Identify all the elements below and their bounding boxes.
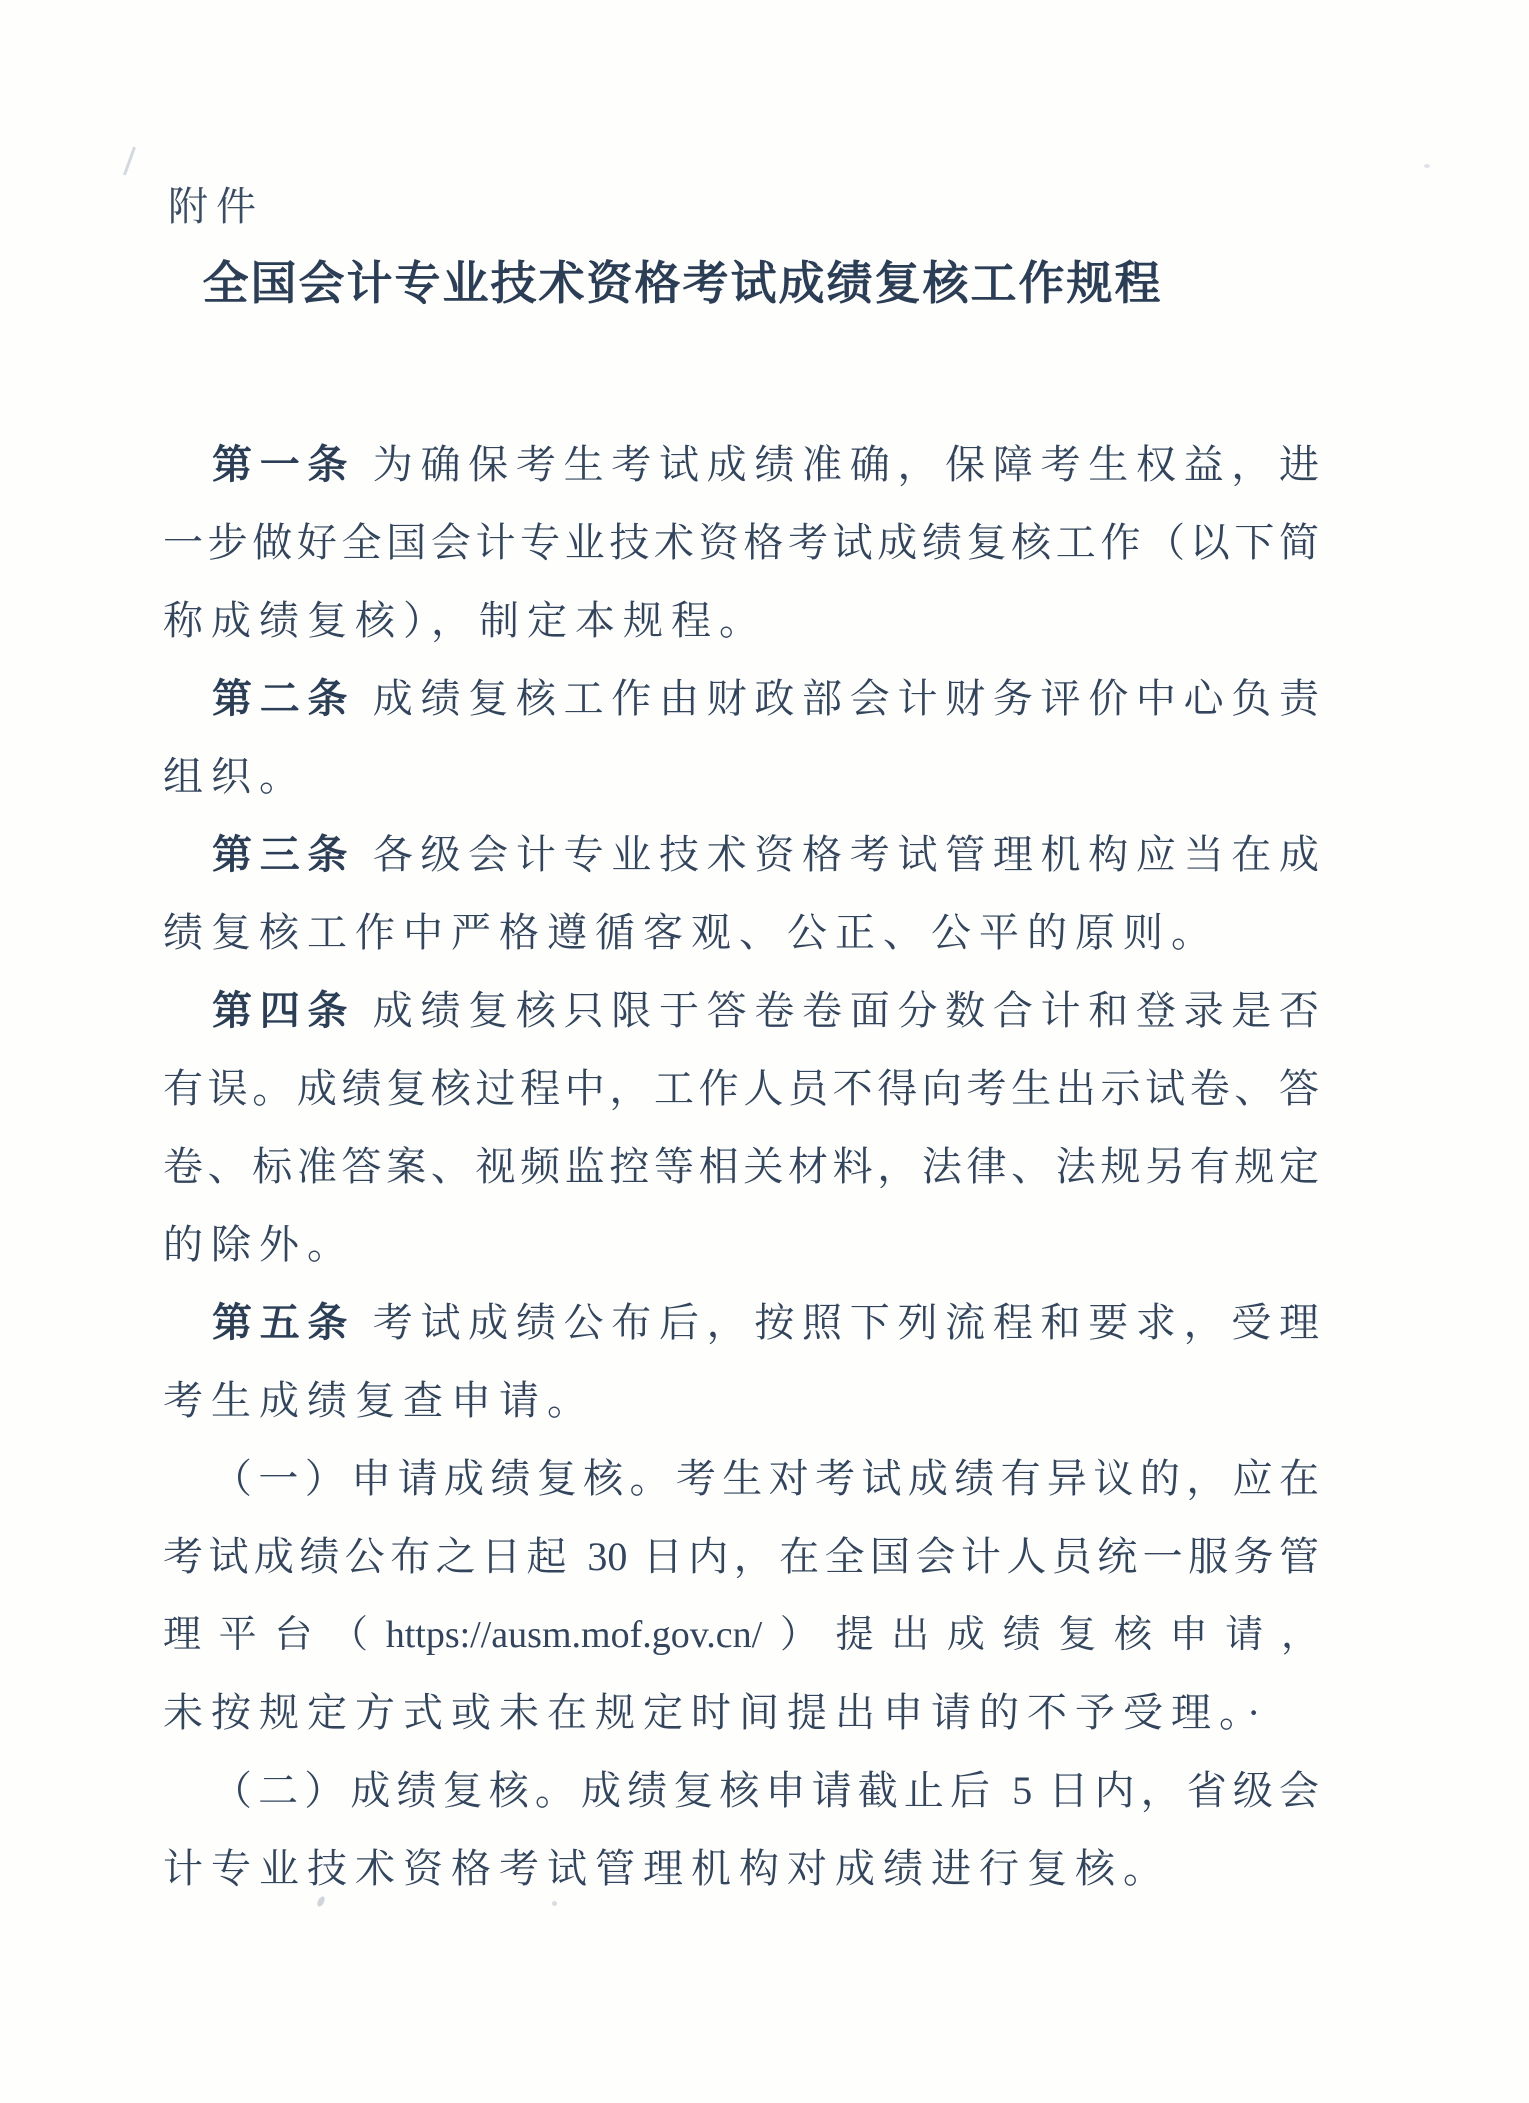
doc-line: 第五条 考试成绩公布后，按照下列流程和要求，受理 <box>163 1284 1319 1362</box>
doc-line: 卷、标准答案、视频监控等相关材料，法律、法规另有规定 <box>163 1128 1319 1206</box>
doc-line-text: 计专业技术资格考试管理机构对成绩进行复核。 <box>163 1846 1171 1891</box>
doc-line: 计专业技术资格考试管理机构对成绩进行复核。 <box>163 1830 1319 1908</box>
scan-artifact-speck <box>1424 164 1430 168</box>
doc-line-text: 考试成绩公布之日起 30 日内，在全国会计人员统一服务管 <box>163 1534 1319 1579</box>
scanned-document-page: 附件 全国会计专业技术资格考试成绩复核工作规程 第一条 为确保考生考试成绩准确，… <box>0 0 1529 2103</box>
doc-line: 第三条 各级会计专业技术资格考试管理机构应当在成 <box>163 816 1319 894</box>
attachment-label: 附件 <box>168 184 264 230</box>
doc-line-text: 卷、标准答案、视频监控等相关材料，法律、法规另有规定 <box>163 1144 1319 1189</box>
doc-line: 第一条 为确保考生考试成绩准确，保障考生权益，进 <box>163 426 1319 504</box>
doc-line: 称成绩复核），制定本规程。 <box>163 582 1319 660</box>
doc-line: 绩复核工作中严格遵循客观、公正、公平的原则。 <box>163 894 1319 972</box>
doc-line-text: 一步做好全国会计专业技术资格考试成绩复核工作（以下简 <box>163 520 1319 565</box>
doc-line: 有误。成绩复核过程中，工作人员不得向考生出示试卷、答 <box>163 1050 1319 1128</box>
article-number: 第五条 <box>212 1301 355 1345</box>
doc-line: 的除外。 <box>163 1206 1319 1284</box>
doc-line-text: 未按规定方式或未在规定时间提出申请的不予受理。· <box>163 1690 1268 1735</box>
doc-line-text: 理平台（https://ausm.mof.gov.cn/）提出成绩复核申请， <box>163 1614 1319 1656</box>
doc-line: 理平台（https://ausm.mof.gov.cn/）提出成绩复核申请， <box>163 1596 1319 1674</box>
doc-line-text: 成绩复核只限于答卷卷面分数合计和登录是否 <box>355 988 1319 1033</box>
document-title: 全国会计专业技术资格考试成绩复核工作规程 <box>175 252 1190 316</box>
doc-line: 考试成绩公布之日起 30 日内，在全国会计人员统一服务管 <box>163 1518 1319 1596</box>
article-number: 第三条 <box>212 833 355 877</box>
doc-line-text: 的除外。 <box>163 1222 355 1267</box>
doc-line: 组织。 <box>163 738 1319 816</box>
doc-line-text: 绩复核工作中严格遵循客观、公正、公平的原则。 <box>163 910 1219 955</box>
scan-artifact-scratch <box>123 146 136 175</box>
doc-line-text: （一）申请成绩复核。考生对考试成绩有异议的，应在 <box>212 1456 1319 1501</box>
doc-line-text: 考生成绩复查申请。 <box>163 1378 595 1423</box>
doc-line-text: 组织。 <box>163 754 307 799</box>
doc-line-text: 有误。成绩复核过程中，工作人员不得向考生出示试卷、答 <box>163 1066 1319 1111</box>
doc-line: （二）成绩复核。成绩复核申请截止后 5 日内，省级会 <box>163 1752 1319 1830</box>
doc-line-text: 成绩复核工作由财政部会计财务评价中心负责 <box>355 676 1319 721</box>
doc-line: 第四条 成绩复核只限于答卷卷面分数合计和登录是否 <box>163 972 1319 1050</box>
doc-line-text: 称成绩复核），制定本规程。 <box>163 598 767 643</box>
document-body: 第一条 为确保考生考试成绩准确，保障考生权益，进一步做好全国会计专业技术资格考试… <box>163 426 1319 1908</box>
doc-line-text: 各级会计专业技术资格考试管理机构应当在成 <box>355 832 1319 877</box>
article-number: 第四条 <box>212 989 355 1033</box>
doc-line: 考生成绩复查申请。 <box>163 1362 1319 1440</box>
doc-line: 一步做好全国会计专业技术资格考试成绩复核工作（以下简 <box>163 504 1319 582</box>
article-number: 第二条 <box>212 677 355 721</box>
doc-line-text: 为确保考生考试成绩准确，保障考生权益，进 <box>355 442 1319 487</box>
doc-line-text: （二）成绩复核。成绩复核申请截止后 5 日内，省级会 <box>212 1768 1319 1813</box>
doc-line-text: 考试成绩公布后，按照下列流程和要求，受理 <box>355 1300 1319 1345</box>
article-number: 第一条 <box>212 443 355 487</box>
doc-line: 第二条 成绩复核工作由财政部会计财务评价中心负责 <box>163 660 1319 738</box>
doc-line: （一）申请成绩复核。考生对考试成绩有异议的，应在 <box>163 1440 1319 1518</box>
doc-line: 未按规定方式或未在规定时间提出申请的不予受理。· <box>163 1674 1319 1752</box>
